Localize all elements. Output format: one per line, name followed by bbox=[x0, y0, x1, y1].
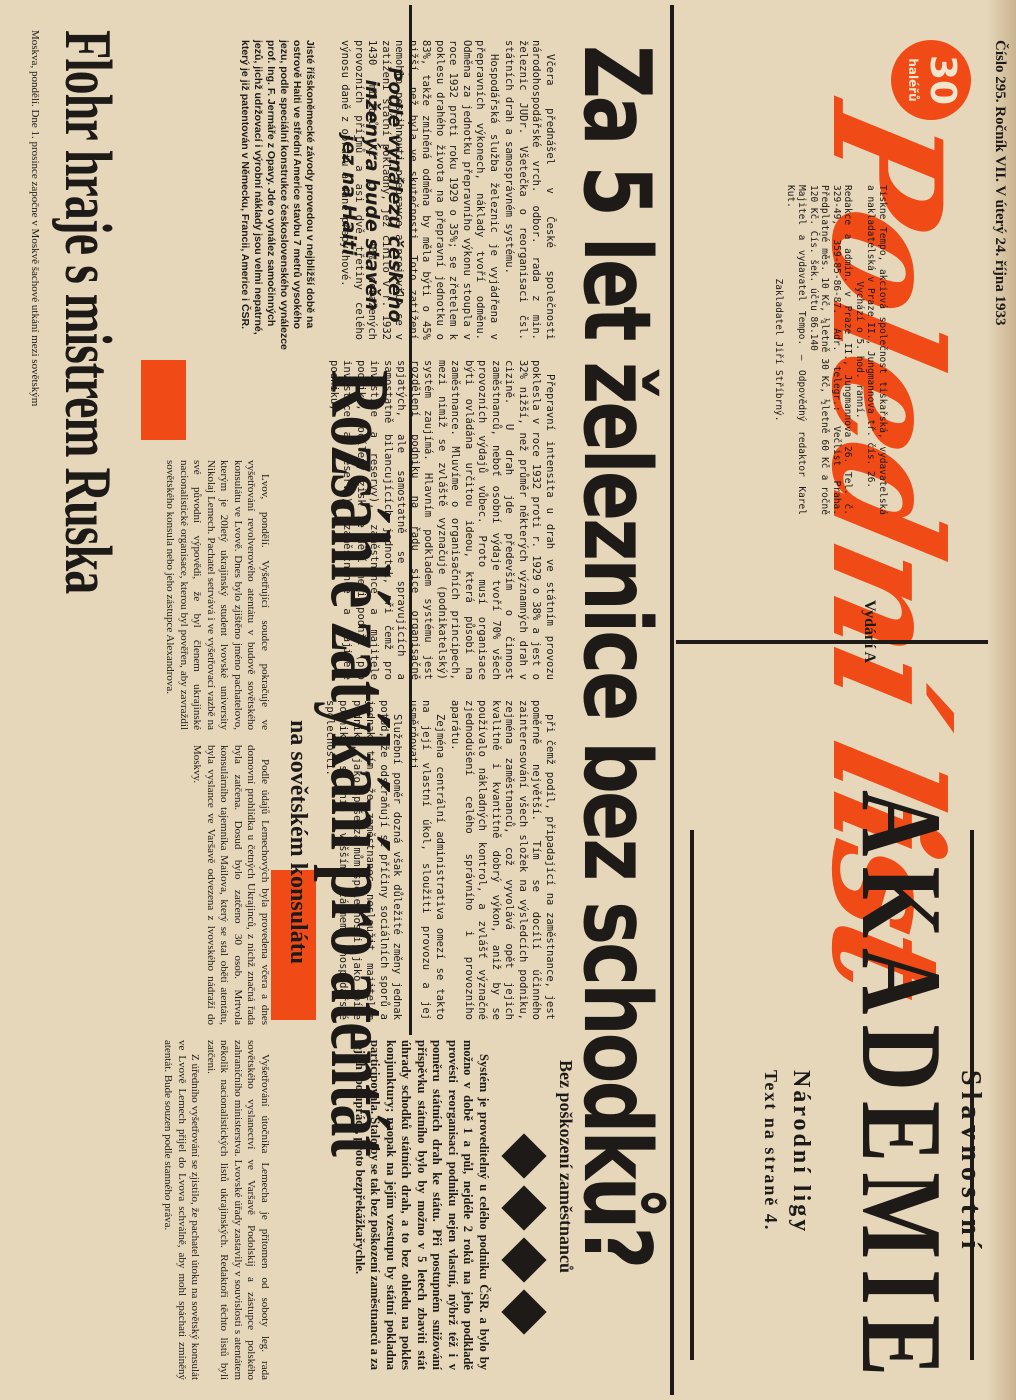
article-column: Lvov, pondělí. Vyšetřující soudce pokrač… bbox=[161, 460, 271, 730]
akademie-subtitle: Národní ligy bbox=[787, 1070, 814, 1234]
imprint-line: Majitel a vydavatel Tempo. — Odpovědný r… bbox=[785, 185, 808, 515]
article-paragraph: při čemž podíl, připadající na zaměstnan… bbox=[448, 700, 556, 1020]
issue-line: Číslo 295. Ročník VII. V úterý 24. října… bbox=[991, 40, 1008, 325]
divider-rule bbox=[670, 5, 674, 1395]
divider-rule bbox=[409, 5, 412, 1035]
article-paragraph: Podle údajů Lemechových byla provedena v… bbox=[190, 745, 271, 1025]
flohr-headline: Flohr hraje s mistrem Ruska bbox=[49, 30, 126, 593]
akademie-reference: Text na straně 4. bbox=[760, 1070, 781, 1231]
headline-line: jez na Haiti bbox=[337, 45, 360, 345]
imprint: Tiskne Tempo, akciová společnost tiskařs… bbox=[773, 185, 888, 515]
jez-article-body: Jisté říšskoněmecké závody provedou v ne… bbox=[238, 40, 316, 350]
atentat-headline: Rozsáhlé zatýkání pro atentát bbox=[318, 370, 401, 1156]
diamond-icon bbox=[501, 1289, 546, 1334]
imprint-line: Vychází o 5. hod. ranní. bbox=[854, 185, 866, 515]
article-paragraph: Vyšetřování útočníka Lemecha je přítomen… bbox=[204, 1040, 272, 1380]
article-paragraph: Lvov, pondělí. Vyšetřující soudce pokrač… bbox=[163, 460, 271, 730]
akademie-title: AKADEMIE bbox=[846, 790, 959, 1386]
price-value: 30 bbox=[919, 40, 965, 120]
newspaper-page: 30 haléřů Polední list Číslo 295. Ročník… bbox=[0, 0, 1016, 1400]
article-column: Podle údajů Lemechových byla provedena v… bbox=[188, 745, 271, 1025]
price-badge: 30 haléřů bbox=[891, 40, 971, 120]
main-headline: Za 5 let železnice bez schodků? bbox=[566, 45, 666, 1266]
flohr-lead: Moskva, pondělí. Dne 1. prosince započne… bbox=[29, 30, 41, 730]
diamond-ornament bbox=[504, 1130, 540, 1338]
imprint-line: Zakladatel Jiří Stříbrný. bbox=[773, 185, 785, 515]
diamond-icon bbox=[501, 1237, 546, 1282]
atentat-subheadline: na sovětském konsulátu bbox=[284, 720, 311, 964]
headline-line: inženýra bude stavěn bbox=[360, 45, 383, 345]
red-accent-bar bbox=[141, 360, 186, 440]
diamond-icon bbox=[501, 1185, 546, 1230]
imprint-line: Redakce a admin. v Praze II., Jungmannov… bbox=[808, 185, 854, 515]
imprint-line: Tiskne Tempo, akciová společnost tiskařs… bbox=[865, 185, 888, 515]
akademie-announcement: Slavnostní AKADEMIE Národní ligy Text na… bbox=[676, 640, 1006, 1400]
article-column: Vyšetřování útočníka Lemecha je přítomen… bbox=[159, 1040, 271, 1380]
jez-headline: Podle vynálezu českého inženýra bude sta… bbox=[337, 45, 406, 345]
diamond-icon bbox=[501, 1133, 546, 1178]
section-heading: Bez poškození zaměstnanců bbox=[555, 1060, 576, 1273]
price-unit: haléřů bbox=[907, 40, 919, 120]
article-paragraph: Včera přednášel v České společnosti náro… bbox=[502, 40, 556, 340]
headline-line: Podle vynálezu českého bbox=[383, 45, 406, 345]
article-paragraph: Z úředního vyšetřování se zjistilo, že p… bbox=[161, 1040, 202, 1380]
